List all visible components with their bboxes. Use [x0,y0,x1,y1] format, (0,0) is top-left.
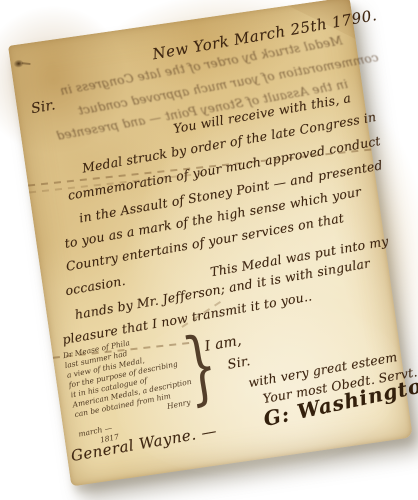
body-line: occasion. [64,273,126,298]
salutation: Sir. [30,97,57,117]
letter-paper: Medal struck by order of the late Congre… [8,0,413,486]
letter-photo: Medal struck by order of the late Congre… [0,0,418,500]
closing-sir: Sir. [227,354,252,373]
